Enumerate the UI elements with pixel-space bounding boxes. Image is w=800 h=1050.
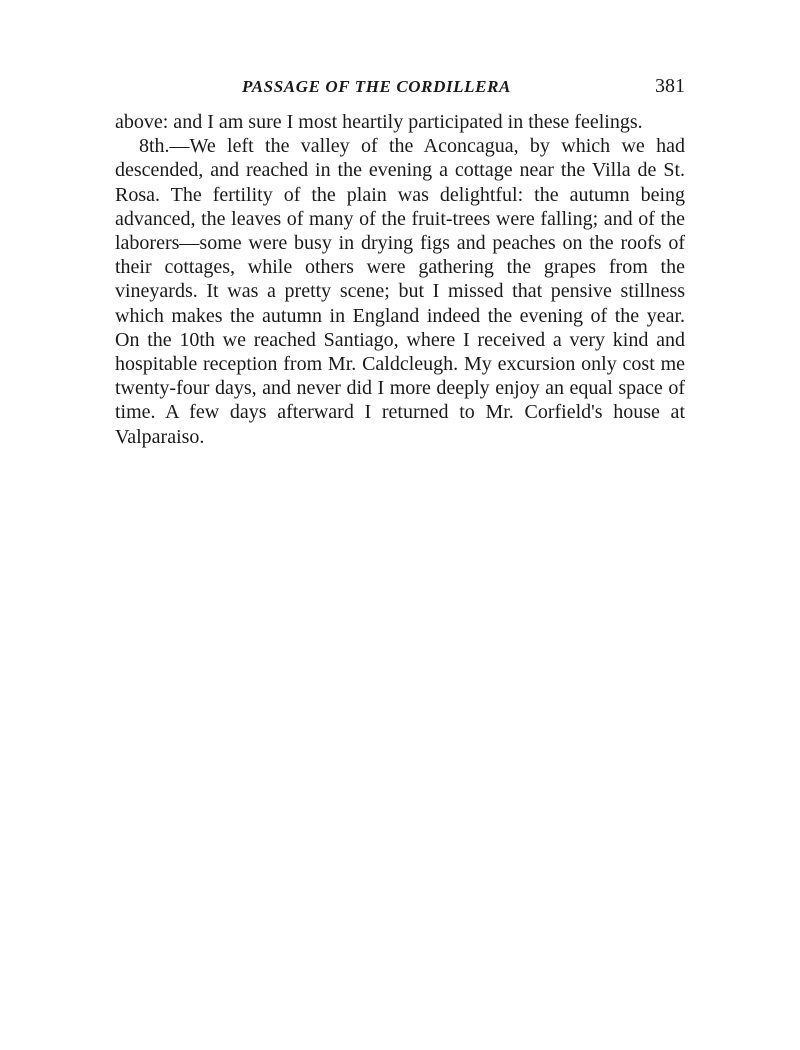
body-text: above: and I am sure I most heartily par… <box>115 110 685 449</box>
running-head: PASSAGE OF THE CORDILLERA 381 <box>115 72 685 102</box>
paragraph-continuation: above: and I am sure I most heartily par… <box>115 110 685 134</box>
running-title: PASSAGE OF THE CORDILLERA <box>242 77 511 97</box>
book-page: PASSAGE OF THE CORDILLERA 381 above: and… <box>115 72 685 449</box>
page-number: 381 <box>655 75 685 98</box>
paragraph-8th: 8th.—We left the valley of the Aconcagua… <box>115 134 685 449</box>
